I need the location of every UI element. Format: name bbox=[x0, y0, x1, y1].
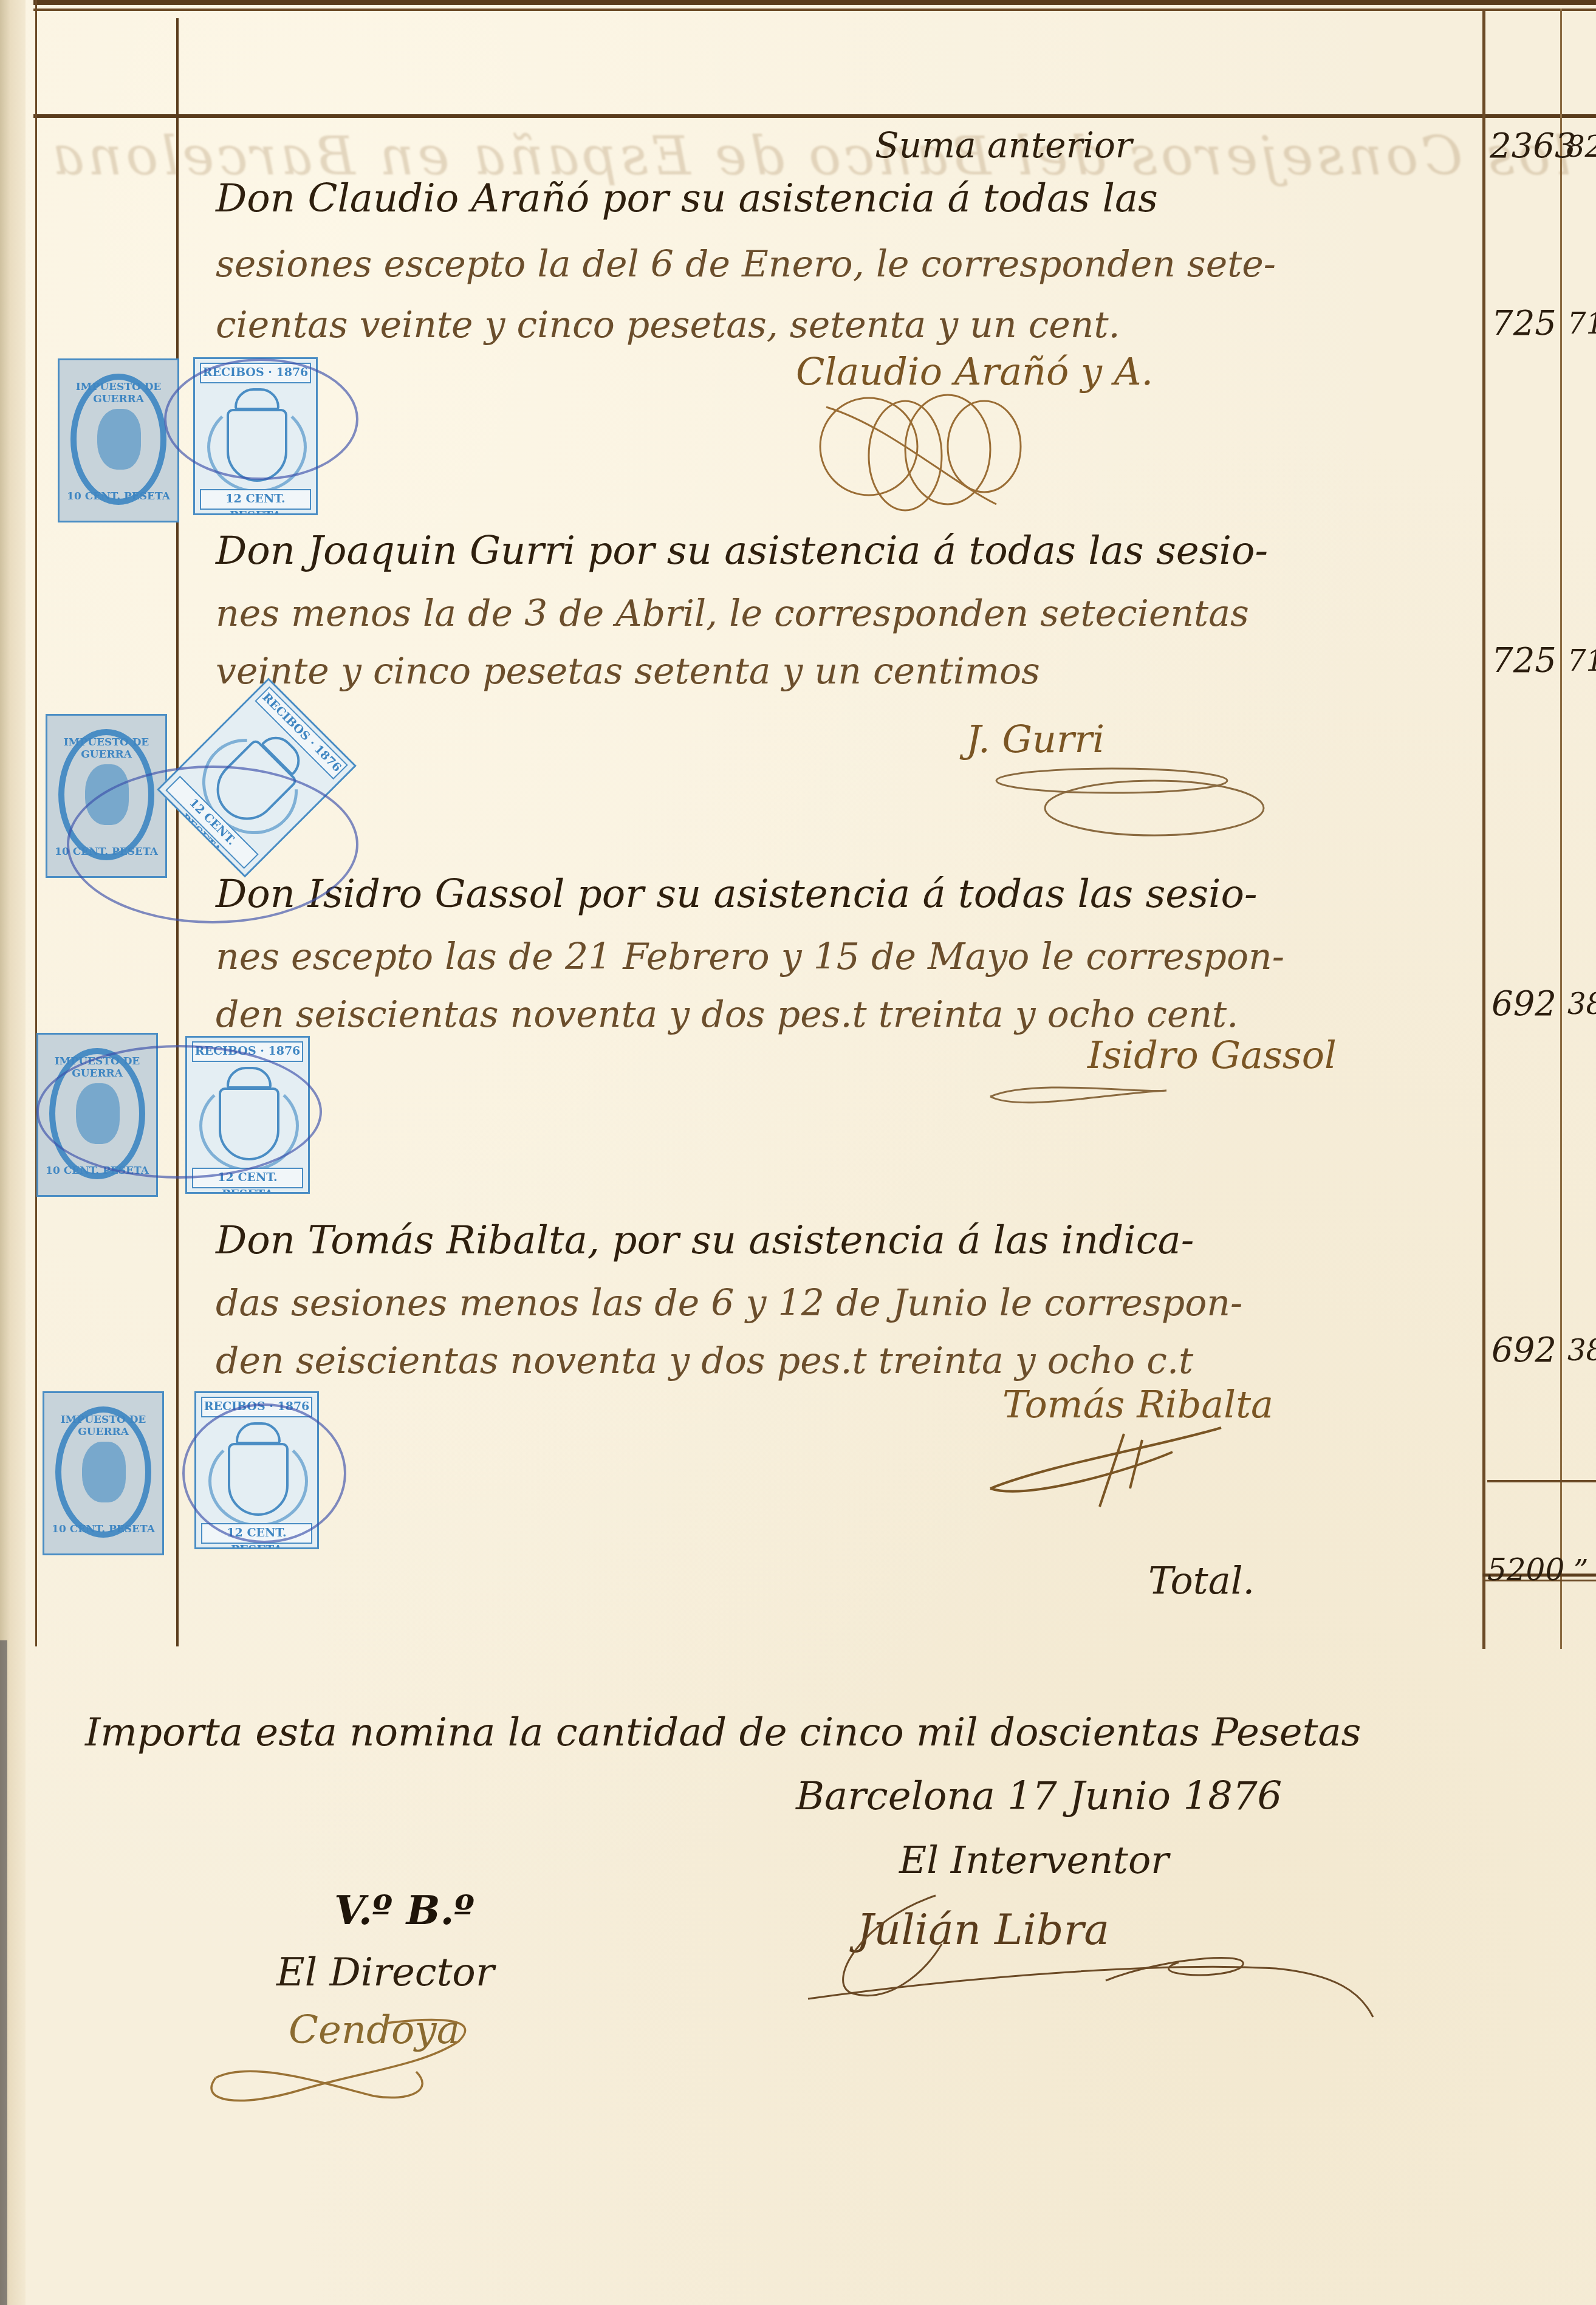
director-flourish bbox=[204, 2005, 471, 2108]
war-tax-stamp: IMPUESTO DE GUERRA 10 CENT. PESETA bbox=[43, 1391, 164, 1555]
signature: J. Gurri bbox=[966, 717, 1105, 761]
signature-flourish bbox=[814, 389, 1021, 510]
top-rule-2 bbox=[33, 9, 1596, 11]
entry-line: cientas veinte y cinco pesetas, setenta … bbox=[216, 304, 1120, 346]
total-pesetas: 5200 bbox=[1487, 1552, 1564, 1587]
signature-flourish bbox=[978, 1428, 1233, 1507]
interventor-flourish bbox=[802, 1883, 1482, 2017]
entry-cents: 38 bbox=[1567, 1334, 1596, 1368]
signature-flourish bbox=[984, 765, 1300, 838]
signature: Tomás Ribalta bbox=[1002, 1382, 1273, 1426]
cancellation-mark bbox=[67, 765, 358, 923]
interventor-title: El Interventor bbox=[899, 1838, 1169, 1882]
entry-line: den seiscientas noventa y dos pes.t trei… bbox=[216, 993, 1238, 1036]
closing-statement: Importa esta nomina la cantidad de cinco… bbox=[85, 1710, 1361, 1755]
header-rule bbox=[33, 114, 1596, 118]
entry-line: Don Joaquin Gurri por su asistencia á to… bbox=[216, 529, 1268, 574]
signature: Claudio Arañó y A. bbox=[796, 349, 1153, 394]
cancellation-mark bbox=[36, 1045, 322, 1179]
total-cents: ” bbox=[1574, 1554, 1589, 1588]
entry-pesetas: 725 bbox=[1492, 304, 1557, 343]
total-top-rule bbox=[1487, 1480, 1596, 1482]
top-rule bbox=[33, 0, 1596, 5]
entry-cents: 71 bbox=[1567, 307, 1596, 341]
entry-cents: 38 bbox=[1567, 987, 1596, 1021]
war-tax-stamp: IMPUESTO DE GUERRA 10 CENT. PESETA bbox=[58, 358, 179, 522]
approval-mark: V.º B.º bbox=[334, 1886, 474, 1934]
signature-flourish bbox=[984, 1081, 1179, 1118]
entry-pesetas: 692 bbox=[1492, 984, 1557, 1024]
signature: Isidro Gassol bbox=[1087, 1033, 1337, 1077]
entry-line: den seiscientas noventa y dos pes.t trei… bbox=[216, 1340, 1193, 1382]
entry-pesetas: 725 bbox=[1492, 641, 1557, 680]
entry-line: veinte y cinco pesetas setenta y un cent… bbox=[216, 650, 1040, 693]
entry-line: Don Isidro Gassol por su asistencia á to… bbox=[216, 872, 1258, 917]
previous-sum-label: Suma anterior bbox=[875, 125, 1132, 166]
entry-line: nes menos la de 3 de Abril, le correspon… bbox=[216, 592, 1249, 635]
entry-line: sesiones escepto la del 6 de Enero, le c… bbox=[216, 243, 1276, 286]
entry-line: Don Tomás Ribalta, por su asistencia á l… bbox=[216, 1218, 1194, 1263]
entry-cents: 71 bbox=[1567, 644, 1596, 678]
place-date: Barcelona 17 Junio 1876 bbox=[796, 1774, 1282, 1819]
cents-left-rule bbox=[1560, 9, 1562, 1649]
entry-pesetas: 692 bbox=[1492, 1331, 1557, 1370]
entry-line: nes escepto las de 21 Febrero y 15 de Ma… bbox=[216, 936, 1284, 978]
previous-sum-cents: 82 bbox=[1566, 130, 1596, 164]
entry-line: Don Claudio Arañó por su asistencia á to… bbox=[216, 176, 1158, 221]
outer-left-rule bbox=[35, 0, 37, 1646]
director-title: El Director bbox=[276, 1950, 494, 1995]
paper-shadow bbox=[0, 1640, 7, 2305]
cancellation-mark bbox=[164, 358, 358, 480]
total-label: Total. bbox=[1148, 1558, 1255, 1603]
entry-line: das sesiones menos las de 6 y 12 de Juni… bbox=[216, 1282, 1242, 1324]
cancellation-mark bbox=[182, 1403, 346, 1543]
previous-sum-pesetas: 2363 bbox=[1490, 126, 1577, 166]
amount-left-rule bbox=[1482, 9, 1485, 1649]
